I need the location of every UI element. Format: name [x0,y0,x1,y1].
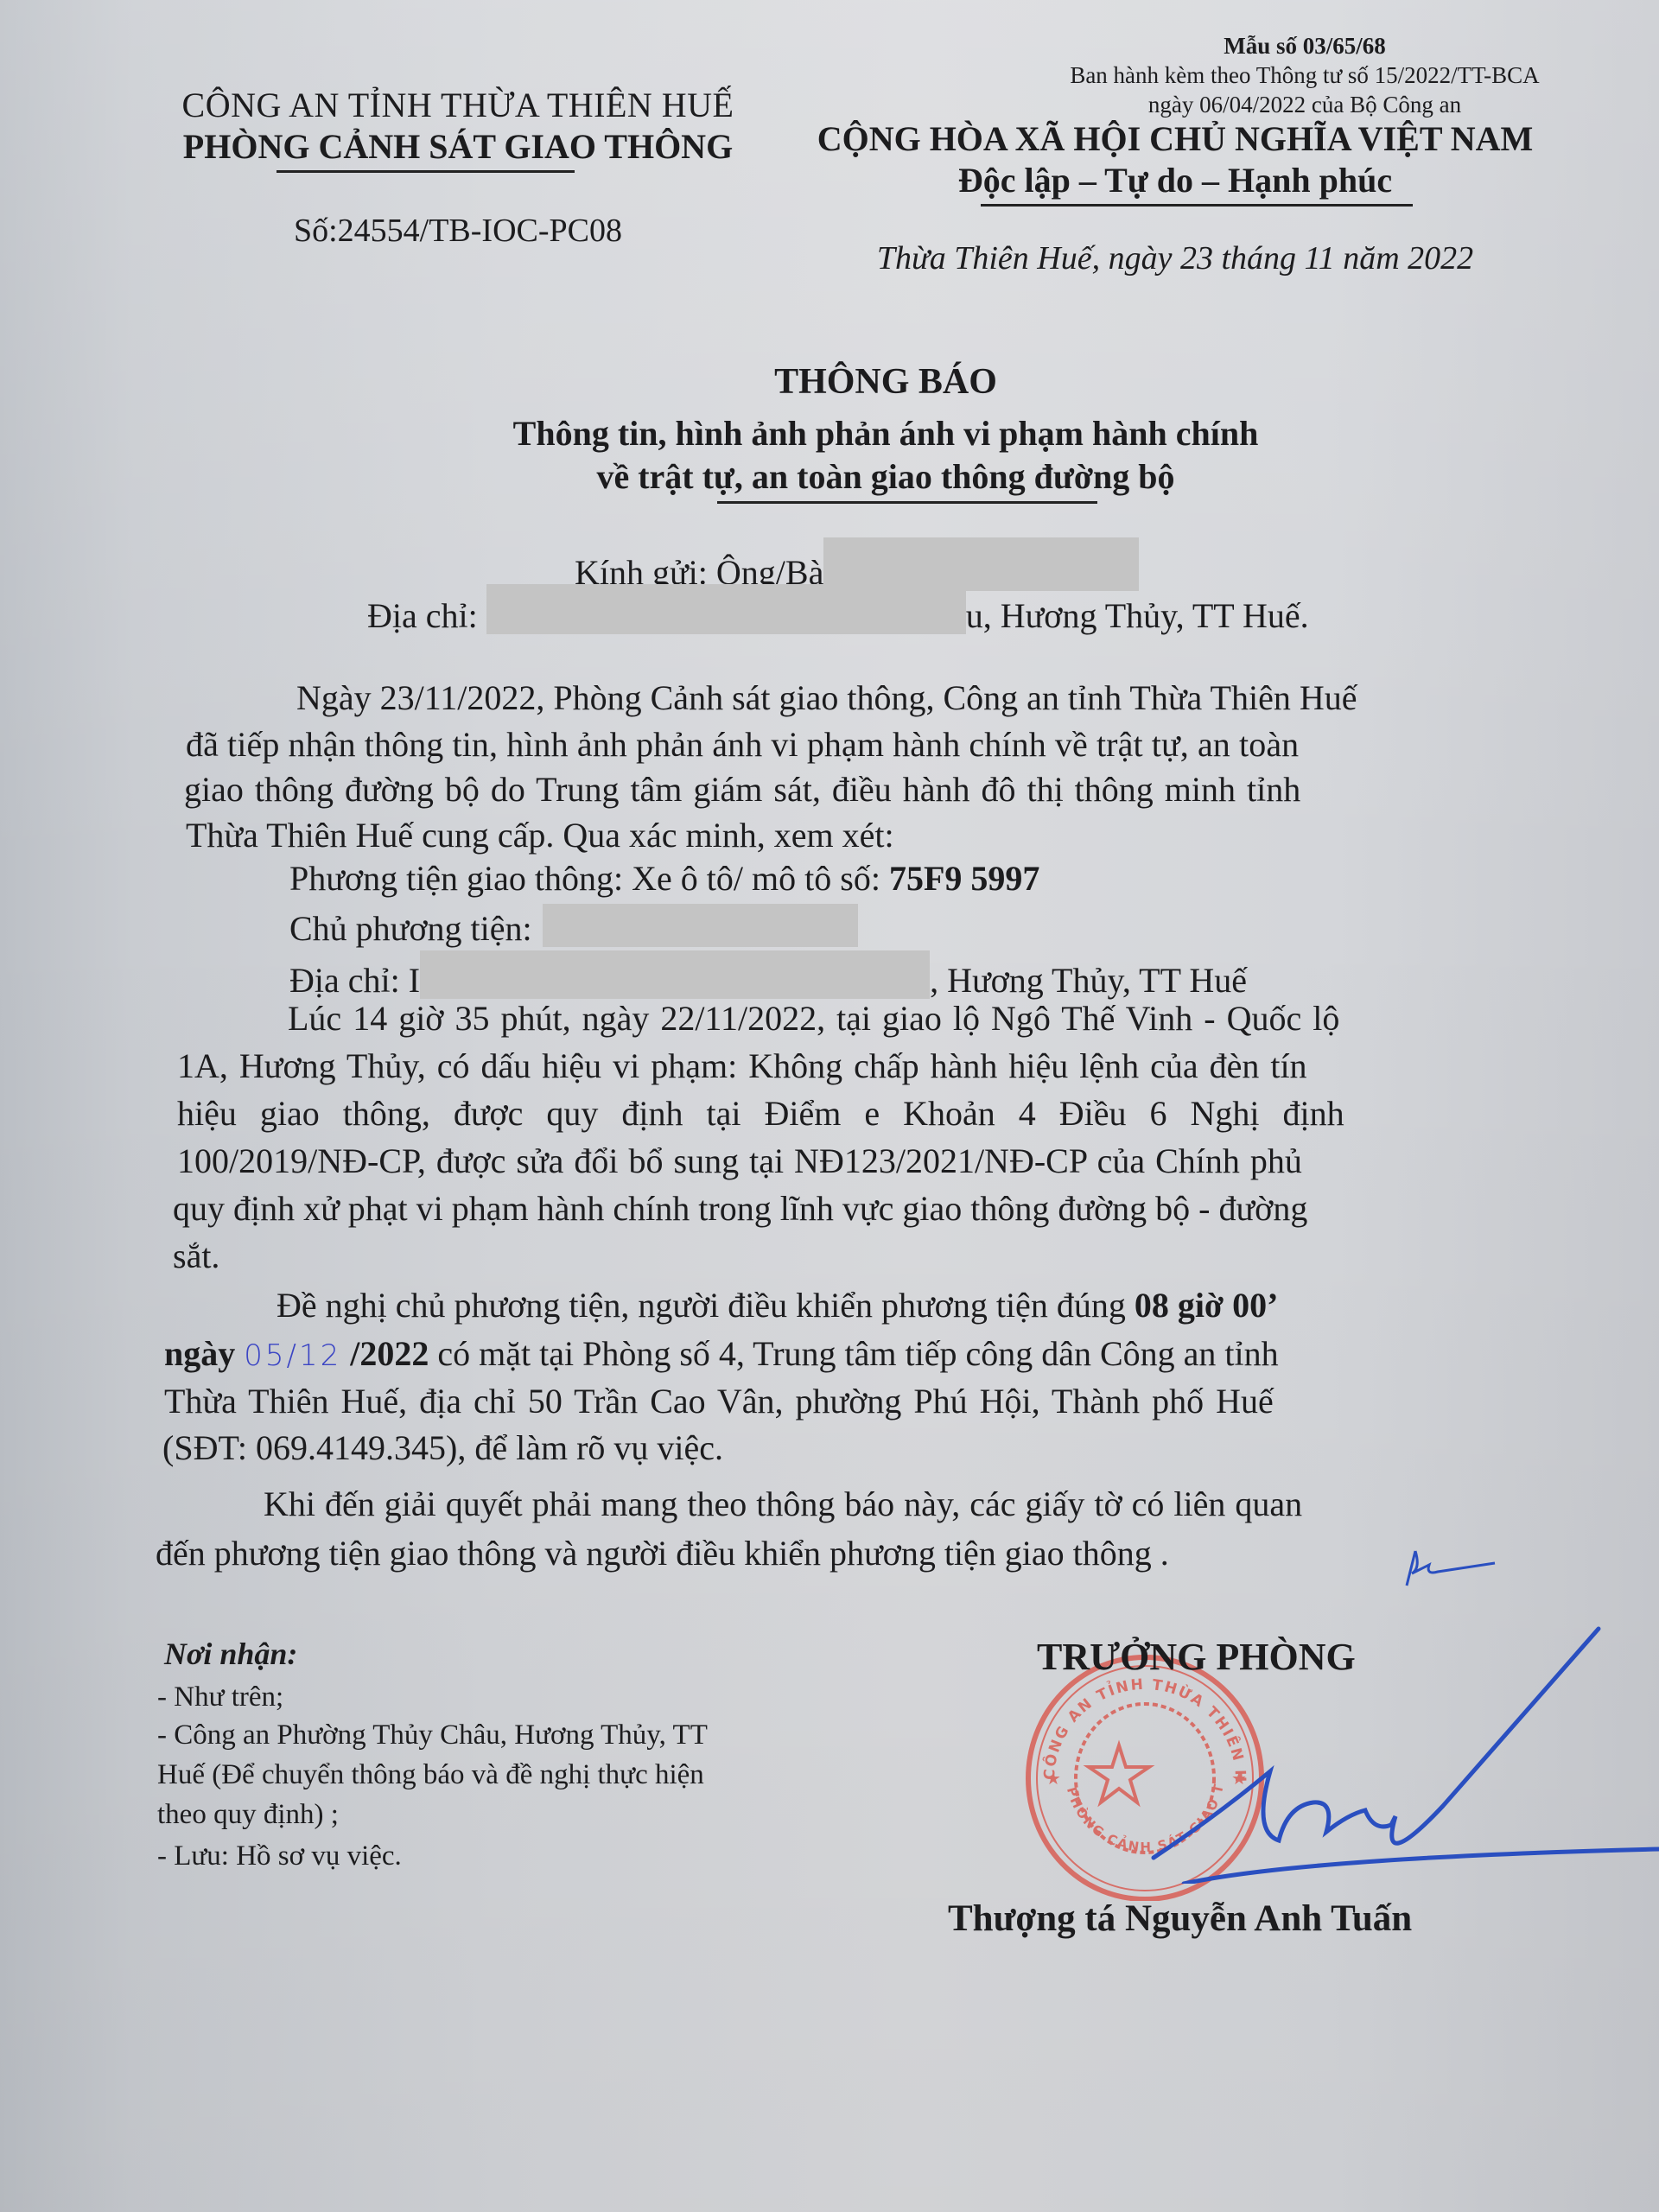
redacted-recipient-address [486,584,966,634]
svg-text:★: ★ [1046,1770,1061,1789]
signature-icon [1115,1599,1659,1884]
owner-address-label: Địa chỉ: I [289,961,420,1000]
form-issued-note: Ban hành kèm theo Thông tư số 15/2022/TT… [950,60,1659,119]
initials-mark [1391,1534,1503,1594]
request-day-label: ngày [164,1334,235,1373]
violation-line-4: 100/2019/NĐ-CP, được sửa đổi bổ sung tại… [177,1141,1302,1181]
agency-department: PHÒNG CẢNH SÁT GIAO THÔNG [130,126,786,167]
vehicle-plate: 75F9 5997 [889,859,1039,898]
recipient-item-5: - Lưu: Hồ sơ vụ việc. [157,1840,402,1872]
document-title: THÔNG BÁO [346,361,1426,403]
recipient-item-2: - Công an Phường Thủy Châu, Hương Thủy, … [157,1719,708,1751]
handwritten-date: 05/12 [244,1338,341,1373]
intro-line-3: giao thông đường bộ do Trung tâm giám sá… [184,769,1300,810]
vehicle-label: Phương tiện giao thông: Xe ô tô/ mô tô s… [289,859,889,898]
form-number: Mẫu số 03/65/68 [950,33,1659,60]
national-motto: Độc lập – Tự do – Hạnh phúc [778,160,1573,200]
request-line-3: Thừa Thiên Huế, địa chỉ 50 Trần Cao Vân,… [164,1381,1274,1421]
request-year: /2022 [350,1334,429,1373]
agency-parent: CÔNG AN TỈNH THỪA THIÊN HUẾ [130,85,786,125]
agency-department-text: PHÒNG CẢNH SÁT GIAO THÔNG [183,126,733,167]
redacted-owner-address [420,950,930,999]
closing-line-1: Khi đến giải quyết phải mang theo thông … [264,1484,1302,1524]
intro-line-2: đã tiếp nhận thông tin, hình ảnh phản án… [186,724,1299,765]
violation-line-1: Lúc 14 giờ 35 phút, ngày 22/11/2022, tại… [288,998,1339,1039]
title-underline [717,501,1097,504]
closing-line-2: đến phương tiện giao thông và người điều… [156,1533,1169,1573]
request-time: 08 giờ 00’ [1135,1286,1279,1325]
signer-name: Thượng tá Nguyễn Anh Tuấn [948,1897,1412,1940]
violation-line-6: sắt. [173,1236,219,1276]
owner-line: Chủ phương tiện: [289,904,858,949]
vehicle-line: Phương tiện giao thông: Xe ô tô/ mô tô s… [289,858,1039,899]
recipient-item-3: Huế (Để chuyển thông báo và đề nghị thực… [157,1759,704,1791]
document-subtitle-line-1: Thông tin, hình ảnh phản ánh vi phạm hàn… [346,413,1426,454]
intro-line-1: Ngày 23/11/2022, Phòng Cảnh sát giao thô… [296,677,1357,718]
request-line-2: ngày 05/12 /2022 có mặt tại Phòng số 4, … [164,1333,1279,1374]
request-location: có mặt tại Phòng số 4, Trung tâm tiếp cô… [429,1334,1278,1373]
redacted-owner-name [543,904,858,947]
owner-label: Chủ phương tiện: [289,909,532,948]
document-subtitle-line-2: về trật tự, an toàn giao thông đường bộ [346,456,1426,497]
violation-line-2: 1A, Hương Thủy, có dấu hiệu vi phạm: Khô… [177,1046,1307,1086]
request-text: Đề nghị chủ phương tiện, người điều khiể… [276,1286,1135,1325]
recipient-address-suffix: u, Hương Thủy, TT Huế. [966,596,1309,635]
form-issued-line-1: Ban hành kèm theo Thông tư số 15/2022/TT… [950,60,1659,90]
violation-line-5: quy định xử phạt vi phạm hành chính tron… [173,1188,1307,1229]
violation-line-3: hiệu giao thông, được quy định tại Điểm … [177,1093,1344,1134]
request-line-4: (SĐT: 069.4149.345), để làm rõ vụ việc. [162,1427,723,1468]
owner-address-suffix: , Hương Thủy, TT Huế [930,961,1247,1000]
agency-underline [276,170,575,173]
recipients-title: Nơi nhận: [164,1636,297,1672]
request-line-1: Đề nghị chủ phương tiện, người điều khiể… [276,1285,1278,1325]
recipient-address-label: Địa chỉ: [367,596,478,635]
recipient-item-1: - Như trên; [157,1681,283,1713]
intro-line-4: Thừa Thiên Huế cung cấp. Qua xác minh, x… [186,815,894,855]
recipient-address-line: Địa chỉ: u, Hương Thủy, TT Huế. [367,584,1309,636]
motto-underline [981,204,1413,207]
owner-address-line: Địa chỉ: I, Hương Thủy, TT Huế [289,950,1247,1001]
document-number: Số:24554/TB-IOC-PC08 [130,212,786,250]
place-and-date: Thừa Thiên Huế, ngày 23 tháng 11 năm 202… [778,239,1573,277]
form-issued-line-2: ngày 06/04/2022 của Bộ Công an [950,90,1659,119]
country-name: CỘNG HÒA XÃ HỘI CHỦ NGHĨA VIỆT NAM [778,118,1573,159]
redacted-recipient-name [823,537,1139,591]
recipient-item-4: theo quy định) ; [157,1799,339,1831]
